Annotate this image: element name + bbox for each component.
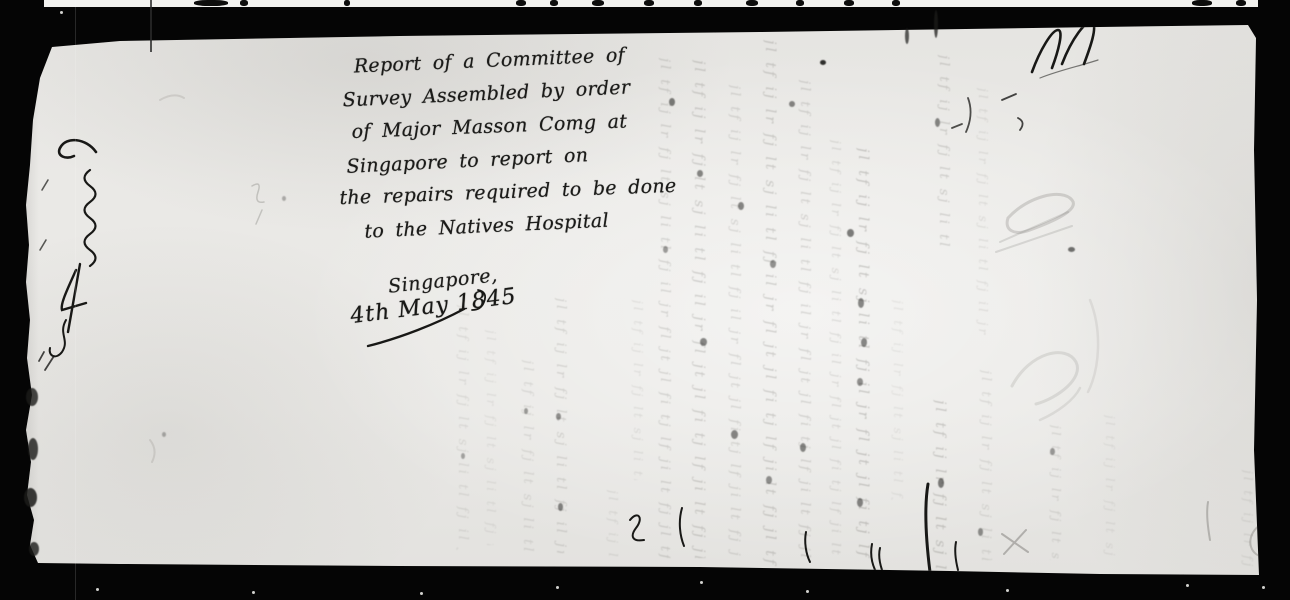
ink-spot [663, 246, 668, 253]
dust-speck [1186, 584, 1189, 587]
ink-spot [820, 60, 826, 65]
ink-spot [861, 338, 867, 347]
previous-page-edge-strip [44, 0, 1258, 7]
ink-spot [669, 98, 675, 106]
dust-speck [252, 591, 255, 594]
strip-ink-mark [516, 0, 526, 6]
ink-spot [700, 338, 707, 346]
ink-spot [556, 413, 561, 420]
ink-spot [738, 202, 744, 210]
strip-ink-mark [796, 0, 804, 6]
microfilm-scan-frame: jl tf ij lr fj lt sj li tl fj il jr fl j… [0, 0, 1290, 600]
ink-spot [28, 438, 38, 460]
strip-ink-mark [1236, 0, 1246, 6]
ink-spot [978, 528, 983, 536]
ink-spot [697, 170, 703, 177]
bottom-edge-ink-marks [630, 484, 1269, 572]
dust-speck [96, 588, 99, 591]
dust-speck [1006, 589, 1009, 592]
ink-spot [934, 10, 938, 38]
manuscript-page: jl tf ij lr fj lt sj li tl fj il jr fl j… [0, 0, 1290, 600]
ink-spot [29, 542, 39, 556]
strip-ink-mark [592, 0, 604, 6]
ink-spot [26, 388, 38, 406]
ink-spot [789, 101, 795, 107]
strip-ink-mark [550, 0, 558, 6]
dust-speck [60, 11, 63, 14]
strip-ink-mark [1192, 0, 1212, 6]
dust-speck [420, 592, 423, 595]
margin-docket-ink [39, 140, 96, 370]
film-scratch-dark [150, 0, 152, 52]
ink-spot [1068, 247, 1075, 252]
ink-spot [162, 432, 166, 437]
ink-spot [857, 498, 863, 507]
ink-spot [935, 118, 940, 127]
strip-ink-mark [644, 0, 654, 6]
dust-speck [806, 590, 809, 593]
strip-ink-mark [844, 0, 854, 6]
strip-ink-mark [694, 0, 702, 6]
ink-spot [938, 478, 944, 488]
ink-spot [558, 503, 563, 511]
ink-spot [905, 28, 909, 44]
ink-spot [766, 476, 772, 484]
ink-spot [461, 453, 465, 459]
dust-speck [1262, 586, 1265, 589]
ink-spot [24, 488, 37, 507]
strip-ink-mark [892, 0, 900, 6]
strip-ink-mark [194, 0, 228, 6]
ink-spot [847, 229, 854, 237]
ink-spot [1050, 448, 1055, 455]
ink-spot [857, 378, 863, 386]
strip-ink-mark [344, 0, 350, 6]
ink-flourishes-layer [0, 0, 1290, 600]
strip-ink-mark [240, 0, 248, 6]
dust-speck [556, 586, 559, 589]
ink-spot [282, 196, 286, 201]
ink-spot [524, 408, 528, 414]
date-underline-flourish [368, 309, 464, 346]
ink-spot [731, 430, 738, 439]
ghost-swirls [150, 95, 1098, 462]
ink-spot [858, 298, 864, 308]
top-right-flourish [952, 22, 1098, 132]
film-scratch-line [75, 0, 76, 600]
ink-spot [770, 260, 776, 268]
ink-spot [800, 443, 806, 452]
strip-ink-mark [746, 0, 758, 6]
place-comma-flourish [472, 290, 485, 310]
dust-speck [700, 581, 703, 584]
